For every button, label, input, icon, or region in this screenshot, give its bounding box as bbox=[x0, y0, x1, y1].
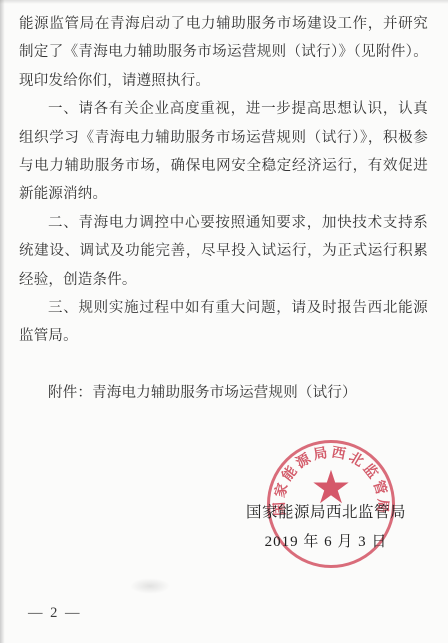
signature-block: 国家能源局西北监管局 2019 年 6 月 3 日 bbox=[230, 502, 422, 553]
scan-artifact-smudge bbox=[130, 578, 170, 594]
scan-artifact-left-edge bbox=[0, 0, 6, 643]
document-page: 能源监管局在青海启动了电力辅助服务市场建设工作，并研究制定了《青海电力辅助服务市… bbox=[0, 0, 448, 643]
body-text: 能源监管局在青海启动了电力辅助服务市场建设工作，并研究制定了《青海电力辅助服务市… bbox=[19, 10, 428, 408]
attachment-line: 附件：青海电力辅助服务市场运营规则（试行） bbox=[19, 379, 428, 407]
paragraph-item-3: 三、规则实施过程中如有重大问题，请及时报告西北能源监管局。 bbox=[19, 294, 428, 351]
paragraph-item-2: 二、青海电力调控中心要按照通知要求，加快技术支持系统建设、调试及功能完善，尽早投… bbox=[19, 209, 428, 294]
scan-artifact-top-edge bbox=[0, 0, 448, 4]
paragraph-item-1: 一、请各有关企业高度重视，进一步提高思想认识，认真组织学习《青海电力辅助服务市场… bbox=[19, 95, 428, 209]
issuer-name: 国家能源局西北监管局 bbox=[230, 502, 422, 524]
page-number: — 2 — bbox=[28, 605, 82, 622]
issue-date: 2019 年 6 月 3 日 bbox=[230, 531, 422, 553]
paragraph-intro: 能源监管局在青海启动了电力辅助服务市场建设工作，并研究制定了《青海电力辅助服务市… bbox=[19, 10, 428, 95]
